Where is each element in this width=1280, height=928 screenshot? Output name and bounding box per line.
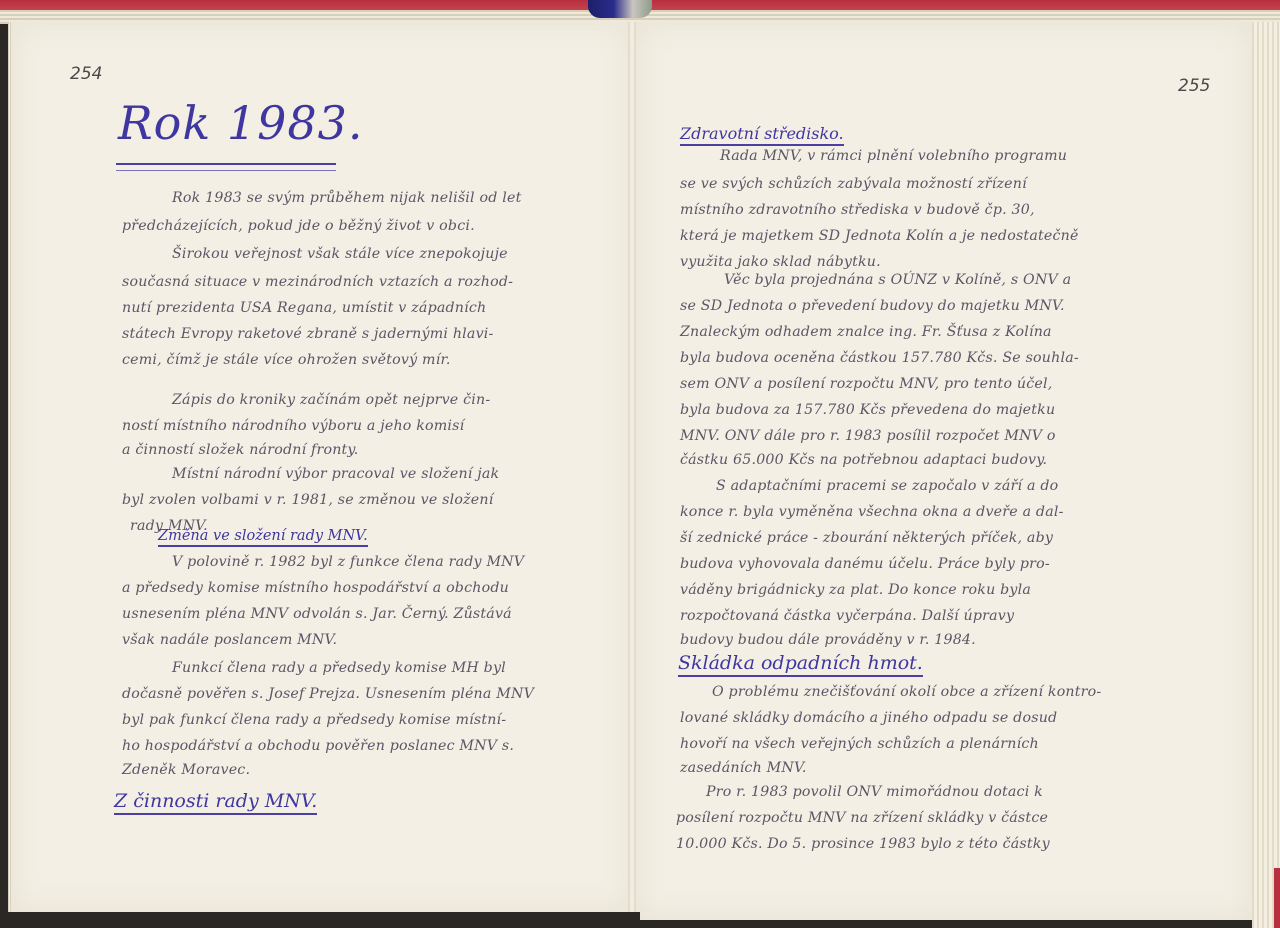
section-heading-text: Z činnosti rady MNV. bbox=[114, 790, 317, 812]
text-line: posílení rozpočtu MNV na zřízení skládky… bbox=[676, 810, 1048, 826]
text-line: se ve svých schůzích zabývala možností z… bbox=[680, 176, 1027, 192]
text-line: Širokou veřejnost však stále více znepok… bbox=[172, 246, 508, 262]
text-line: Věc byla projednána s OÚNZ v Kolíně, s O… bbox=[724, 272, 1071, 288]
page-number-left: 254 bbox=[70, 64, 102, 84]
text-line: Znaleckým odhadem znalce ing. Fr. Šťusa … bbox=[680, 324, 1052, 340]
text-line: Rada MNV, v rámci plnění volebního progr… bbox=[720, 148, 1067, 164]
section-heading-health-center: Zdravotní středisko. bbox=[680, 124, 844, 149]
text-line: MNV. ONV dále pro r. 1983 posílil rozpoč… bbox=[680, 428, 1056, 444]
text-line: a činností složek národní fronty. bbox=[122, 442, 358, 458]
text-line: částku 65.000 Kčs na potřebnou adaptaci … bbox=[680, 452, 1047, 468]
text-line: Zápis do kroniky začínám opět nejprve či… bbox=[172, 392, 490, 408]
text-line: ností místního národního výboru a jeho k… bbox=[122, 418, 464, 434]
text-line: však nadále poslancem MNV. bbox=[122, 632, 337, 648]
text-line: Zdeněk Moravec. bbox=[122, 762, 250, 778]
title-underline bbox=[116, 163, 336, 171]
text-line: státech Evropy raketové zbraně s jaderný… bbox=[122, 326, 494, 342]
text-line: místního zdravotního střediska v budově … bbox=[680, 202, 1035, 218]
section-heading-underline bbox=[678, 675, 923, 680]
subheading-underline bbox=[158, 545, 368, 550]
table-surface bbox=[0, 912, 640, 928]
text-line: cemi, čímž je stále více ohrožen světový… bbox=[122, 352, 451, 368]
subheading-council-change: Změna ve složení rady MNV. bbox=[158, 528, 368, 550]
text-line: nutí prezidenta USA Regana, umístit v zá… bbox=[122, 300, 486, 316]
page-number-right: 255 bbox=[1178, 76, 1210, 96]
page-title: Rok 1983. bbox=[118, 96, 364, 150]
text-line: zasedáních MNV. bbox=[680, 760, 807, 776]
text-line: ho hospodářství a obchodu pověřen poslan… bbox=[122, 738, 514, 754]
book-gutter bbox=[628, 22, 636, 928]
text-line: se SD Jednota o převedení budovy do maje… bbox=[680, 298, 1065, 314]
text-line: hovoří na všech veřejných schůzích a ple… bbox=[680, 736, 1039, 752]
text-line: předcházejících, pokud jde o běžný život… bbox=[122, 218, 475, 234]
text-line: Rok 1983 se svým průběhem nijak nelišil … bbox=[172, 190, 521, 206]
page-edges-right bbox=[1252, 22, 1280, 928]
section-heading-waste-dump: Skládka odpadních hmot. bbox=[678, 652, 923, 680]
text-line: byl zvolen volbami v r. 1981, se změnou … bbox=[122, 492, 493, 508]
text-line: S adaptačními pracemi se započalo v září… bbox=[716, 478, 1058, 494]
text-line: váděny brigádnicky za plat. Do konce rok… bbox=[680, 582, 1031, 598]
text-line: budova vyhovovala danému účelu. Práce by… bbox=[680, 556, 1050, 572]
text-line: byla budova za 157.780 Kčs převedena do … bbox=[680, 402, 1055, 418]
text-line: usnesením pléna MNV odvolán s. Jar. Čern… bbox=[122, 606, 512, 622]
text-line: Pro r. 1983 povolil ONV mimořádnou dotac… bbox=[706, 784, 1043, 800]
text-line: lované skládky domácího a jiného odpadu … bbox=[680, 710, 1057, 726]
section-heading-council-activity: Z činnosti rady MNV. bbox=[114, 790, 317, 818]
text-line: byla budova oceněna částkou 157.780 Kčs.… bbox=[680, 350, 1079, 366]
text-line: budovy budou dále prováděny v r. 1984. bbox=[680, 632, 976, 648]
text-line: konce r. byla vyměněna všechna okna a dv… bbox=[680, 504, 1064, 520]
text-line: využita jako sklad nábytku. bbox=[680, 254, 881, 270]
text-line: Funkcí člena rady a předsedy komise MH b… bbox=[172, 660, 506, 676]
text-line: ší zednické práce - zbourání některých p… bbox=[680, 530, 1053, 546]
section-heading-underline bbox=[114, 813, 317, 818]
text-line: 10.000 Kčs. Do 5. prosince 1983 bylo z t… bbox=[676, 836, 1050, 852]
text-line: dočasně pověřen s. Josef Prejza. Usnesen… bbox=[122, 686, 534, 702]
text-line: V polovině r. 1982 byl z funkce člena ra… bbox=[172, 554, 524, 570]
text-line: současná situace v mezinárodních vztazíc… bbox=[122, 274, 513, 290]
text-line: O problému znečišťování okolí obce a zří… bbox=[712, 684, 1101, 700]
text-line: a předsedy komise místního hospodářství … bbox=[122, 580, 509, 596]
text-line: sem ONV a posílení rozpočtu MNV, pro ten… bbox=[680, 376, 1052, 392]
text-line: rozpočtovaná částka vyčerpána. Další úpr… bbox=[680, 608, 1014, 624]
subheading-text: Změna ve složení rady MNV. bbox=[158, 528, 368, 544]
ribbon-bookmark bbox=[588, 0, 652, 18]
text-line: Místní národní výbor pracoval ve složení… bbox=[172, 466, 499, 482]
text-line: která je majetkem SD Jednota Kolín a je … bbox=[680, 228, 1079, 244]
section-heading-text: Zdravotní středisko. bbox=[680, 124, 844, 143]
section-heading-text: Skládka odpadních hmot. bbox=[678, 652, 923, 674]
text-line: byl pak funkcí člena rady a předsedy kom… bbox=[122, 712, 506, 728]
